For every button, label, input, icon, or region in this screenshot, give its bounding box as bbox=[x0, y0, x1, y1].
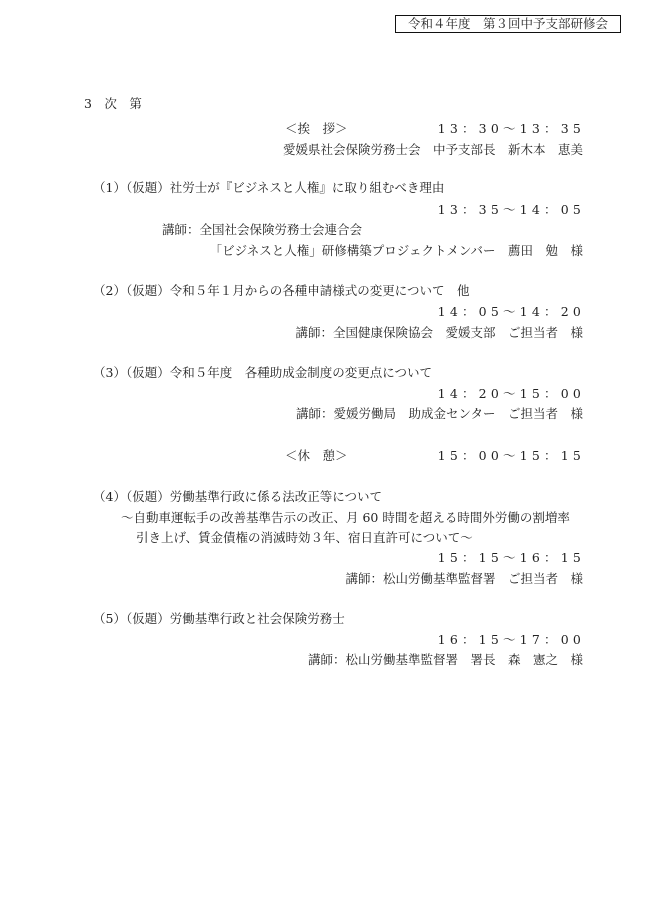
agenda-item-4-time: 15：15〜16：15 bbox=[438, 550, 585, 566]
greeting-time: 13：30〜13：35 bbox=[438, 121, 585, 137]
agenda-item-5-lecturer: 講師：松山労働基準監督署 署長 森 憲之 様 bbox=[308, 652, 583, 668]
agenda-item-2-time: 14：05〜14：20 bbox=[438, 304, 585, 320]
section-heading: 3 次 第 bbox=[76, 80, 142, 112]
agenda-item-3-time: 14：20〜15：00 bbox=[438, 386, 585, 402]
section-number: 3 bbox=[84, 96, 92, 111]
break-label: ＜休 憩＞ bbox=[285, 448, 348, 464]
greeting-label: ＜挨 拶＞ bbox=[285, 121, 348, 137]
agenda-item-1-title: （1）（仮題）社労士が『ビジネスと人権』に取り組むべき理由 bbox=[93, 180, 444, 196]
agenda-item-3-title: （3）（仮題）令和５年度 各種助成金制度の変更点について bbox=[93, 365, 432, 381]
agenda-item-5-title: （5）（仮題）労働基準行政と社会保険労務士 bbox=[93, 611, 345, 627]
agenda-item-2-title: （2）（仮題）令和５年１月からの各種申請様式の変更について 他 bbox=[93, 283, 469, 299]
agenda-item-1-lecturer-org: 講師：全国社会保険労務士会連合会 bbox=[162, 222, 362, 238]
agenda-item-4-subtitle-1: 〜自動車運転手の改善基準告示の改正、月 60 時間を超える時間外労働の割増率 bbox=[121, 510, 570, 526]
break-time: 15：00〜15：15 bbox=[438, 448, 585, 464]
greeting-speaker: 愛媛県社会保険労務士会 中予支部長 新木本 恵美 bbox=[283, 142, 583, 158]
agenda-item-1-time: 13：35〜14：05 bbox=[438, 202, 585, 218]
agenda-item-4-subtitle-2: 引き上げ、賃金債権の消滅時効３年、宿日直許可について〜 bbox=[136, 530, 473, 546]
agenda-item-4-title: （4）（仮題）労働基準行政に係る法改正等について bbox=[93, 489, 382, 505]
section-title: 次 第 bbox=[104, 96, 142, 111]
agenda-item-4-lecturer: 講師：松山労働基準監督署 ご担当者 様 bbox=[345, 571, 583, 587]
agenda-item-5-time: 16：15〜17：00 bbox=[438, 632, 585, 648]
document-header-title: 令和４年度 第３回中予支部研修会 bbox=[395, 15, 621, 33]
agenda-item-1-lecturer-name: 「ビジネスと人権」研修構築プロジェクトメンバー 薦田 勉 様 bbox=[210, 243, 583, 259]
agenda-item-2-lecturer: 講師：全国健康保険協会 愛媛支部 ご担当者 様 bbox=[295, 325, 583, 341]
agenda-item-3-lecturer: 講師：愛媛労働局 助成金センター ご担当者 様 bbox=[296, 406, 583, 422]
